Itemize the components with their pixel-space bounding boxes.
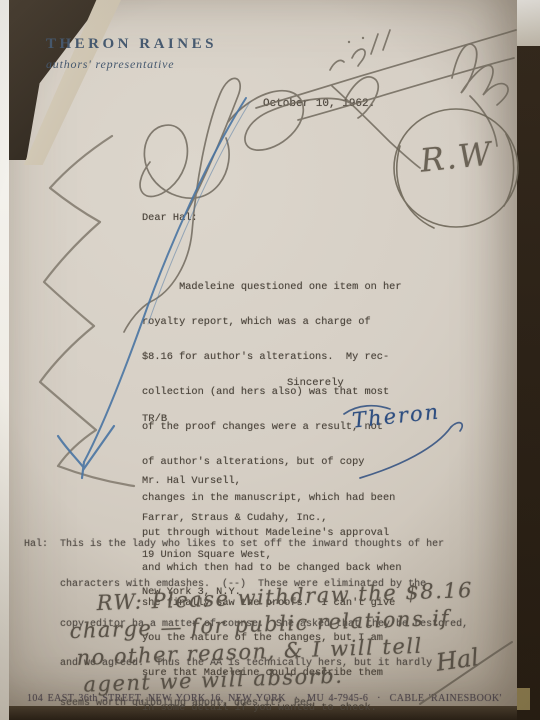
body-line: royalty report, which was a charge of: [142, 317, 402, 329]
salutation: Dear Hal:: [142, 213, 402, 225]
circled-initials-rw: R.W: [418, 134, 495, 179]
body-line: $8.16 for author's alterations. My rec-: [142, 352, 402, 364]
body-line: collection (and hers also) was that most: [142, 387, 402, 399]
typed-postscript-line: Hal: This is the lady who likes to set o…: [24, 538, 468, 551]
letterhead-tagline: authors' representative: [46, 57, 174, 72]
handwritten-note: RW: Please withdraw the $8.16 charge — f…: [68, 577, 476, 699]
letter-date: October 10, 1962.: [263, 98, 375, 110]
photo-edge-right: [517, 0, 540, 720]
photo-edge-top-right: [517, 0, 540, 46]
hal-signature: Hal: [434, 643, 480, 677]
typist-reference: TR/B: [142, 413, 167, 425]
recipient-line: Mr. Hal Vursell,: [142, 475, 327, 487]
photo-edge-bottom-right: [517, 688, 530, 710]
letterhead-name: THERON RAINES: [46, 36, 217, 53]
closing: Sincerely: [287, 377, 344, 389]
photo-edge-left: [0, 0, 9, 720]
body-line: Madeleine questioned one item on her: [142, 282, 402, 294]
